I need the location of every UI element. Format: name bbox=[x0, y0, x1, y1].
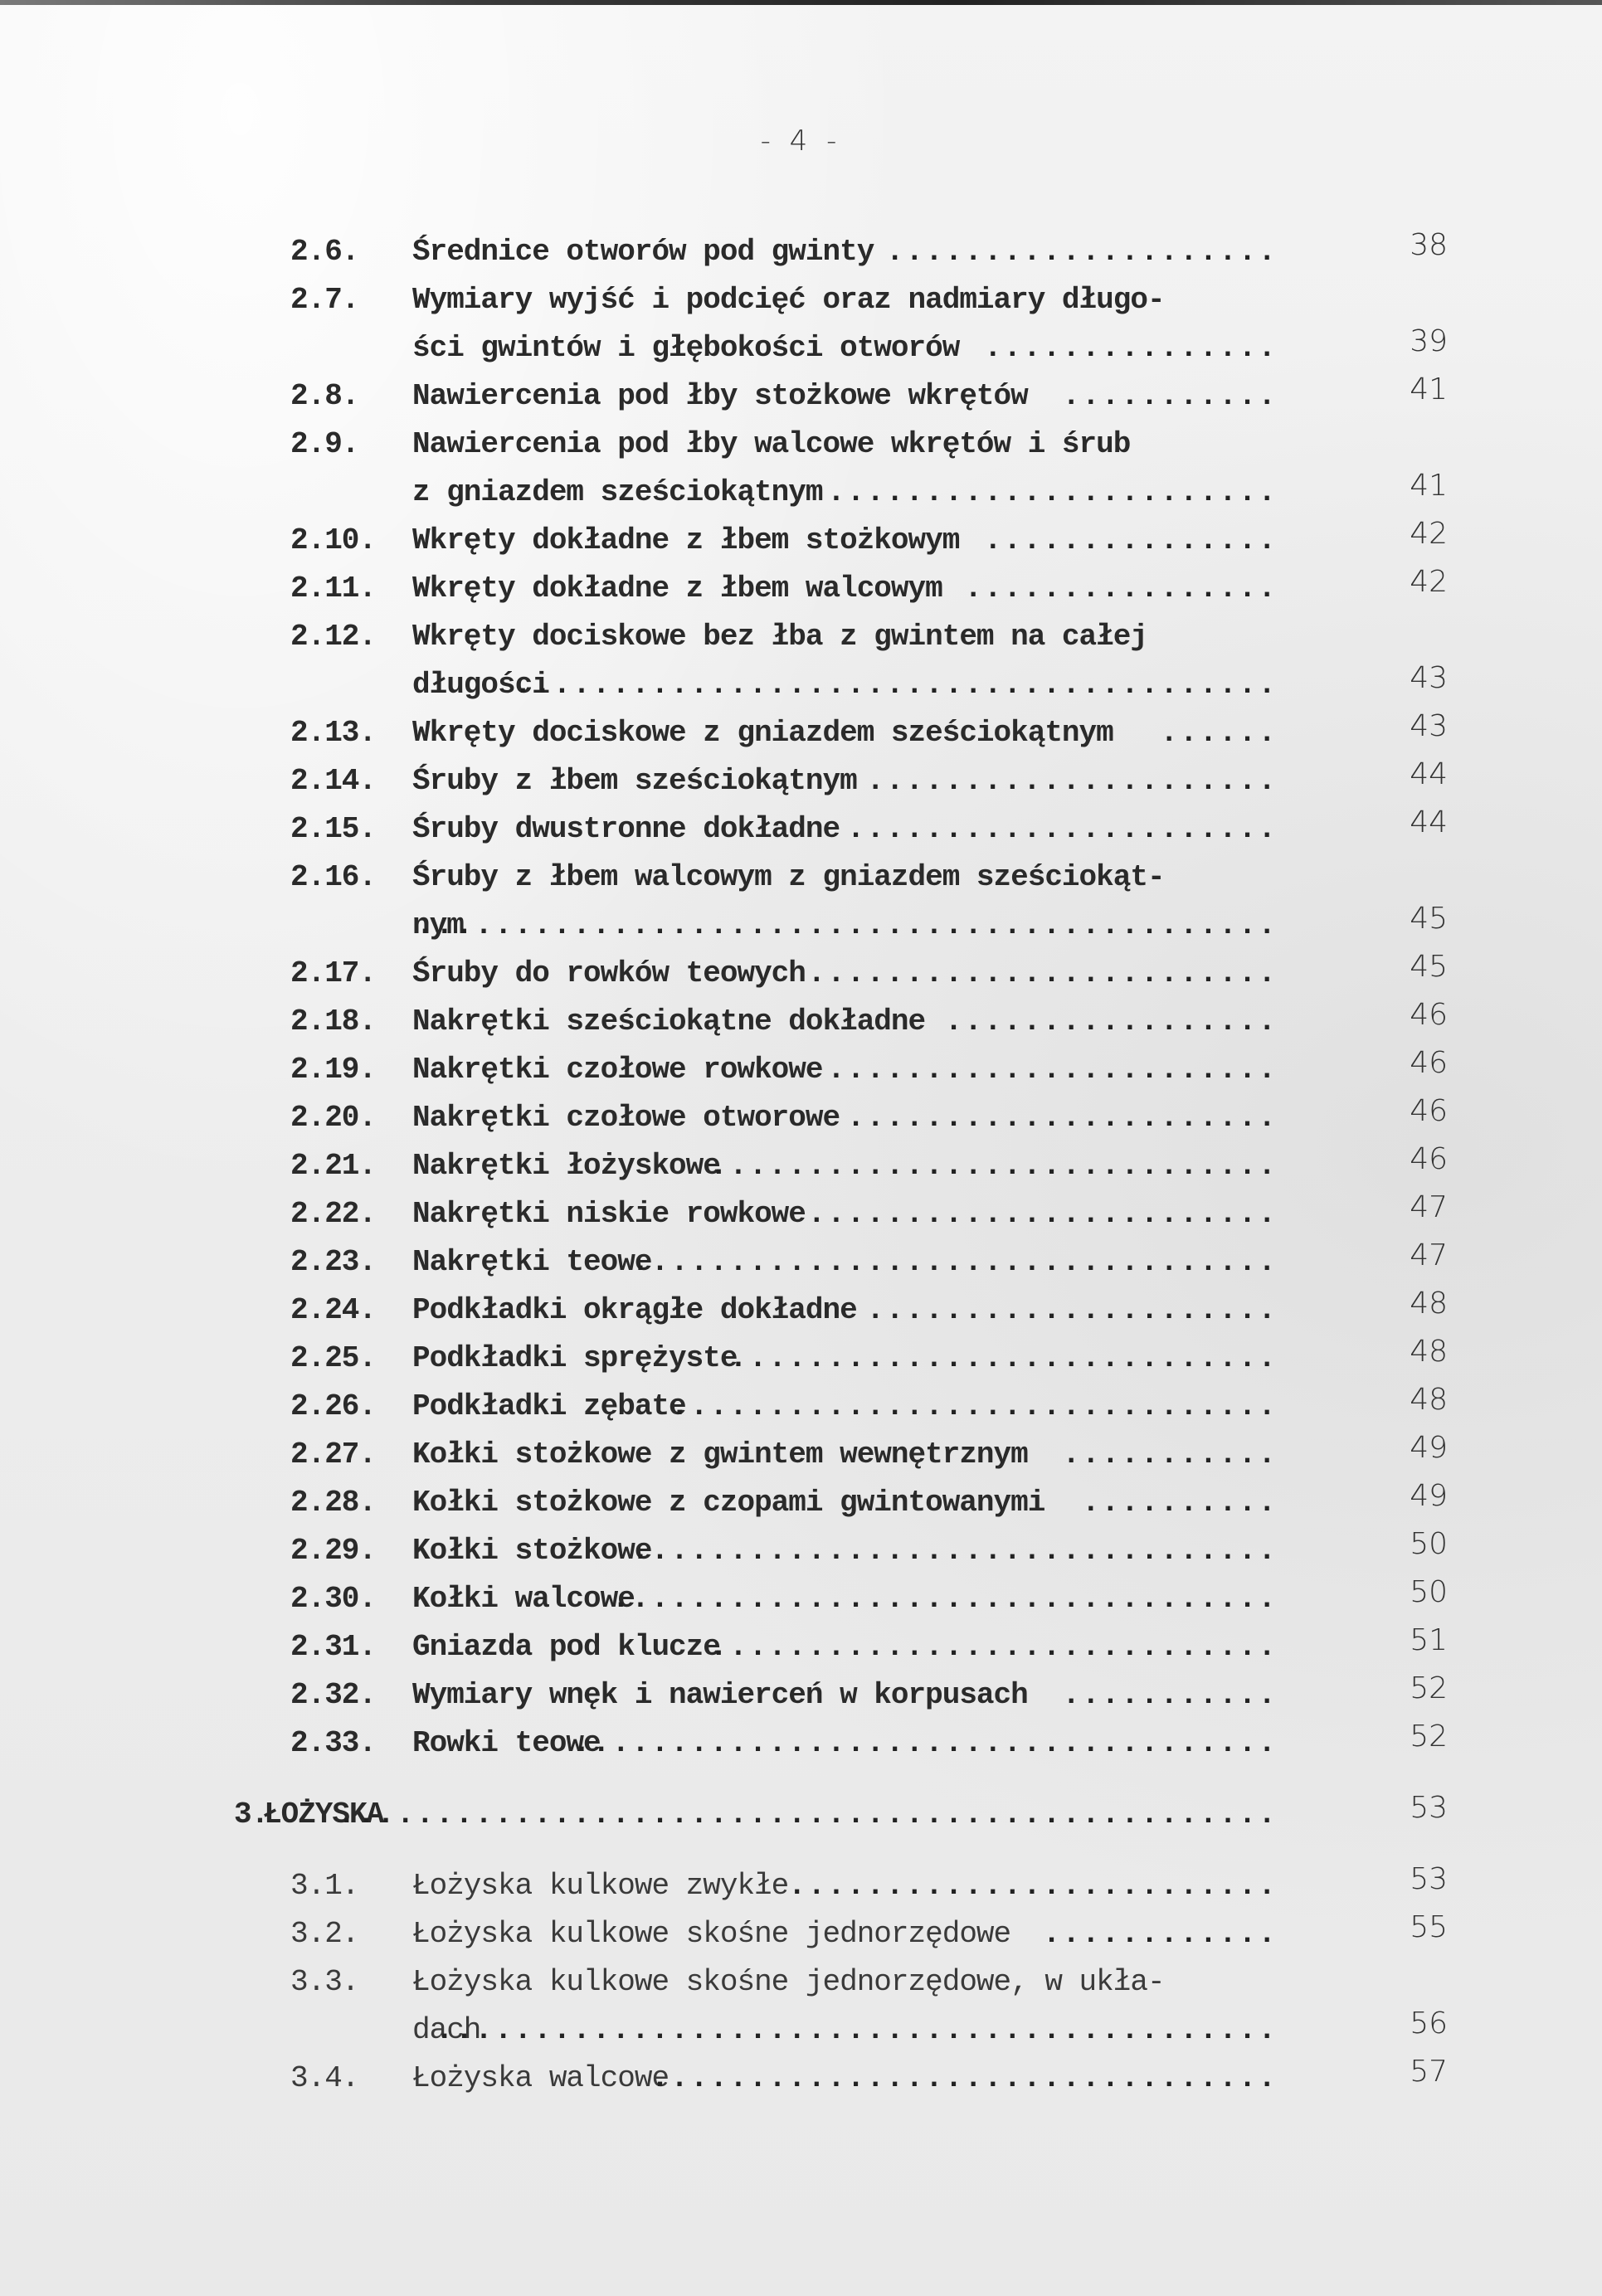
toc-page-number: 46 bbox=[1369, 991, 1448, 1039]
toc-entry-line: długości................................… bbox=[0, 661, 1602, 709]
dot-leader: ....................... bbox=[827, 469, 1278, 517]
toc-entry-line: 2.17.Śruby do rowków teowych............… bbox=[0, 950, 1602, 998]
toc-entry-title: Wkręty dokładne z łbem stożkowym bbox=[412, 517, 959, 565]
toc-entry-line: 3.1.Łożyska kulkowe zwykłe..............… bbox=[0, 1862, 1602, 1910]
toc-page-number: 49 bbox=[1369, 1424, 1448, 1472]
toc-entry-line: 2.25.Podkładki sprężyste................… bbox=[0, 1335, 1602, 1383]
toc-entry-title: Średnice otworów pod gwinty bbox=[412, 228, 874, 276]
dot-leader: ..................... bbox=[866, 757, 1278, 805]
toc-entry-line: 2.11.Wkręty dokładne z łbem walcowym....… bbox=[0, 565, 1602, 613]
toc-entry-line: 2.9.Nawiercenia pod łby walcowe wkrętów … bbox=[0, 421, 1602, 469]
dot-leader: ....................................... bbox=[514, 661, 1278, 709]
toc-entry-title: ści gwintów i głębokości otworów bbox=[412, 324, 959, 372]
toc-entry-title: Nakrętki czołowe otworowe bbox=[412, 1094, 840, 1142]
toc-entry-line: 2.28.Kołki stożkowe z czopami gwintowany… bbox=[0, 1479, 1602, 1527]
dot-leader: ................. bbox=[945, 998, 1278, 1046]
dot-leader: ............................ bbox=[729, 1335, 1278, 1383]
dot-leader: .................................... bbox=[572, 1720, 1278, 1768]
toc-page-number: 53 bbox=[1369, 1784, 1448, 1832]
toc-entry-number: 2.18. bbox=[290, 998, 376, 1046]
toc-entry-line: 2.13.Wkręty dociskowe z gniazdem sześcio… bbox=[0, 709, 1602, 757]
toc-entry-number: 2.23. bbox=[290, 1238, 376, 1287]
toc-entry-title: Nakrętki łożyskowe bbox=[412, 1142, 720, 1190]
toc-entry-number: 2.29. bbox=[290, 1527, 376, 1575]
toc-page-number: 39 bbox=[1369, 318, 1448, 366]
dot-leader: ...................... bbox=[847, 805, 1278, 854]
toc-entry-title: Nawiercenia pod łby stożkowe wkrętów bbox=[412, 372, 1028, 421]
toc-entry-line: 2.33.Rowki teowe........................… bbox=[0, 1720, 1602, 1768]
toc-entry-line: 2.21.Nakrętki łożyskowe.................… bbox=[0, 1142, 1602, 1190]
toc-page-number: 52 bbox=[1369, 1713, 1448, 1761]
toc-entry-title: Podkładki sprężyste bbox=[412, 1335, 737, 1383]
toc-entry-title: Łożyska kulkowe skośne jednorzędowe, w u… bbox=[412, 1958, 1165, 2007]
dot-leader: ......................... bbox=[788, 1862, 1278, 1910]
toc-entry-number: 2.27. bbox=[290, 1431, 376, 1479]
toc-entry-title: Śruby z łbem walcowym z gniazdem sześcio… bbox=[412, 854, 1165, 902]
toc-entry-number: 2.8. bbox=[290, 372, 358, 421]
dot-leader: ................................. bbox=[631, 1238, 1278, 1287]
dot-leader: ........... bbox=[1062, 372, 1278, 421]
toc-entry-title: z gniazdem sześciokątnym bbox=[412, 469, 822, 517]
toc-entry-number: 2.16. bbox=[290, 854, 376, 902]
toc-entry-number: 2.7. bbox=[290, 276, 358, 324]
dot-leader: ............... bbox=[984, 324, 1278, 372]
toc-entry-number: 2.30. bbox=[290, 1575, 376, 1623]
toc-page-number: 38 bbox=[1369, 221, 1448, 270]
toc-page-number: 47 bbox=[1369, 1232, 1448, 1280]
toc-page-number: 44 bbox=[1369, 751, 1448, 799]
toc-entry-number: 2.25. bbox=[290, 1335, 376, 1383]
toc-entry-title: Podkładki zębate bbox=[412, 1383, 686, 1431]
dot-leader: ................ bbox=[964, 565, 1278, 613]
toc-entry-number: 2.10. bbox=[290, 517, 376, 565]
toc-entry-line: 2.27.Kołki stożkowe z gwintem wewnętrzny… bbox=[0, 1431, 1602, 1479]
dot-leader: ............... bbox=[984, 517, 1278, 565]
toc-entry-title: Łożyska kulkowe skośne jednorzędowe bbox=[412, 1910, 1010, 1958]
dot-leader: ........................................… bbox=[338, 1791, 1278, 1839]
toc-page-number: 45 bbox=[1369, 895, 1448, 943]
toc-entry-title: Łożyska walcowe bbox=[412, 2055, 669, 2103]
toc-entry-line: 2.24.Podkładki okrągłe dokładne.........… bbox=[0, 1287, 1602, 1335]
toc-entry-number: 2.19. bbox=[290, 1046, 376, 1094]
toc-entry-number: 2.32. bbox=[290, 1671, 376, 1720]
dot-leader: .......... bbox=[1082, 1479, 1278, 1527]
toc-entry-title: Kołki walcowe bbox=[412, 1575, 635, 1623]
toc-entry-line: 2.23.Nakrętki teowe.....................… bbox=[0, 1238, 1602, 1287]
toc-page-number: 45 bbox=[1369, 943, 1448, 991]
toc-entry-title: Śruby z łbem sześciokątnym bbox=[412, 757, 857, 805]
toc-entry-number: 2.14. bbox=[290, 757, 376, 805]
dot-leader: .................... bbox=[886, 228, 1278, 276]
toc-entry-line: 3.4.Łożyska walcowe.....................… bbox=[0, 2055, 1602, 2103]
toc-page-number: 46 bbox=[1369, 1039, 1448, 1087]
toc-entry-number: 3.1. bbox=[290, 1862, 358, 1910]
toc-page-number: 43 bbox=[1369, 703, 1448, 751]
toc-entry-title: Nakrętki czołowe rowkowe bbox=[412, 1046, 822, 1094]
toc-entry-title: Nawiercenia pod łby walcowe wkrętów i śr… bbox=[412, 421, 1130, 469]
toc-entry-title: Wkręty dociskowe bez łba z gwintem na ca… bbox=[412, 613, 1147, 661]
dot-leader: ........................................… bbox=[416, 902, 1278, 950]
toc-entry-line: 2.10.Wkręty dokładne z łbem stożkowym...… bbox=[0, 517, 1602, 565]
toc-page-number: 42 bbox=[1369, 558, 1448, 606]
toc-entry-title: Nakrętki niskie rowkowe bbox=[412, 1190, 806, 1238]
toc-entry-title: Śruby do rowków teowych bbox=[412, 950, 806, 998]
toc-entry-line: 2.20.Nakrętki czołowe otworowe..........… bbox=[0, 1094, 1602, 1142]
toc-page-number: 50 bbox=[1369, 1520, 1448, 1569]
toc-entry-line: 2.22.Nakrętki niskie rowkowe............… bbox=[0, 1190, 1602, 1238]
toc-entry-line: 2.31.Gniazda pod klucze.................… bbox=[0, 1623, 1602, 1671]
toc-page-number: 48 bbox=[1369, 1376, 1448, 1424]
dot-leader: ........... bbox=[1062, 1431, 1278, 1479]
toc-entry-number: 2.26. bbox=[290, 1383, 376, 1431]
toc-entry-line: dach....................................… bbox=[0, 2007, 1602, 2055]
toc-entry-line: 2.12.Wkręty dociskowe bez łba z gwintem … bbox=[0, 613, 1602, 661]
toc-entry-line: 3.ŁOŻYSKA...............................… bbox=[0, 1791, 1602, 1839]
toc-entry-title: Śruby dwustronne dokładne bbox=[412, 805, 840, 854]
dot-leader: ........................................… bbox=[436, 2007, 1278, 2055]
dot-leader: ...... bbox=[1160, 709, 1278, 757]
toc-entry-line: 2.15.Śruby dwustronne dokładne..........… bbox=[0, 805, 1602, 854]
toc-entry-title: Nakrętki sześciokątne dokładne bbox=[412, 998, 925, 1046]
toc-page-number: 43 bbox=[1369, 654, 1448, 703]
toc-entry-title: Wkręty dociskowe z gniazdem sześciokątny… bbox=[412, 709, 1113, 757]
toc-entry-line: 2.29.Kołki stożkowe.....................… bbox=[0, 1527, 1602, 1575]
toc-entry-number: 2.15. bbox=[290, 805, 376, 854]
toc-entry-number: 2.13. bbox=[290, 709, 376, 757]
toc-entry-title: Kołki stożkowe z czopami gwintowanymi bbox=[412, 1479, 1044, 1527]
toc-page-number: 52 bbox=[1369, 1665, 1448, 1713]
scan-top-edge bbox=[0, 0, 1602, 5]
dot-leader: ........................ bbox=[808, 1190, 1278, 1238]
toc-entry-number: 3.3. bbox=[290, 1958, 358, 2007]
table-of-contents: 2.6.Średnice otworów pod gwinty.........… bbox=[0, 228, 1602, 2103]
toc-entry-title: Wymiary wyjść i podcięć oraz nadmiary dł… bbox=[412, 276, 1165, 324]
toc-entry-number: 2.11. bbox=[290, 565, 376, 613]
dot-leader: ................................. bbox=[631, 1527, 1278, 1575]
document-page: - 4 - 2.6.Średnice otworów pod gwinty...… bbox=[0, 0, 1602, 2296]
dot-leader: ............................. bbox=[709, 1623, 1278, 1671]
toc-page-number: 56 bbox=[1369, 2000, 1448, 2048]
toc-page-number: 53 bbox=[1369, 1856, 1448, 1904]
toc-entry-number: 2.22. bbox=[290, 1190, 376, 1238]
dot-leader: ...................... bbox=[847, 1094, 1278, 1142]
toc-entry-number: 3.4. bbox=[290, 2055, 358, 2103]
toc-entry-title: Kołki stożkowe z gwintem wewnętrznym bbox=[412, 1431, 1028, 1479]
toc-entry-number: 2.28. bbox=[290, 1479, 376, 1527]
toc-entry-number: 3.2. bbox=[290, 1910, 358, 1958]
toc-page-number: 51 bbox=[1369, 1617, 1448, 1665]
toc-page-number: 48 bbox=[1369, 1328, 1448, 1376]
dot-leader: ........................ bbox=[808, 950, 1278, 998]
toc-entry-number: 2.33. bbox=[290, 1720, 376, 1768]
toc-entry-title: Gniazda pod klucze bbox=[412, 1623, 720, 1671]
toc-entry-number: 2.6. bbox=[290, 228, 358, 276]
toc-entry-number: 2.20. bbox=[290, 1094, 376, 1142]
toc-entry-line: ści gwintów i głębokości otworów........… bbox=[0, 324, 1602, 372]
toc-page-number: 44 bbox=[1369, 799, 1448, 847]
toc-entry-number: 2.24. bbox=[290, 1287, 376, 1335]
toc-entry-title: Podkładki okrągłe dokładne bbox=[412, 1287, 857, 1335]
toc-entry-title: Kołki stożkowe bbox=[412, 1527, 651, 1575]
toc-entry-line: 2.18.Nakrętki sześciokątne dokładne.....… bbox=[0, 998, 1602, 1046]
toc-entry-line: 2.32.Wymiary wnęk i nawierceń w korpusac… bbox=[0, 1671, 1602, 1720]
toc-entry-line: 2.7.Wymiary wyjść i podcięć oraz nadmiar… bbox=[0, 276, 1602, 324]
toc-entry-line: nym.....................................… bbox=[0, 902, 1602, 950]
dot-leader: .................................. bbox=[611, 1575, 1278, 1623]
dot-leader: ............................. bbox=[709, 1142, 1278, 1190]
toc-entry-line: 2.8.Nawiercenia pod łby stożkowe wkrętów… bbox=[0, 372, 1602, 421]
toc-page-number: 41 bbox=[1369, 366, 1448, 414]
dot-leader: ....................... bbox=[827, 1046, 1278, 1094]
toc-page-number: 48 bbox=[1369, 1280, 1448, 1328]
toc-entry-line: 3.3.Łożyska kulkowe skośne jednorzędowe,… bbox=[0, 1958, 1602, 2007]
toc-page-number: 55 bbox=[1369, 1904, 1448, 1952]
toc-page-number: 46 bbox=[1369, 1136, 1448, 1184]
toc-entry-line: 2.26.Podkładki zębate...................… bbox=[0, 1383, 1602, 1431]
toc-entry-title: Wymiary wnęk i nawierceń w korpusach bbox=[412, 1671, 1028, 1720]
toc-entry-title: Nakrętki teowe bbox=[412, 1238, 651, 1287]
toc-entry-line: 2.30.Kołki walcowe......................… bbox=[0, 1575, 1602, 1623]
toc-page-number: 49 bbox=[1369, 1472, 1448, 1520]
dot-leader: ........... bbox=[1062, 1671, 1278, 1720]
toc-entry-line: 3.2.Łożyska kulkowe skośne jednorzędowe.… bbox=[0, 1910, 1602, 1958]
toc-entry-number: 2.21. bbox=[290, 1142, 376, 1190]
dot-leader: ................................ bbox=[651, 2055, 1278, 2103]
toc-page-number: 46 bbox=[1369, 1087, 1448, 1136]
toc-entry-line: 2.14.Śruby z łbem sześciokątnym.........… bbox=[0, 757, 1602, 805]
toc-page-number: 57 bbox=[1369, 2048, 1448, 2096]
toc-entry-number: 2.9. bbox=[290, 421, 358, 469]
toc-entry-title: Łożyska kulkowe zwykłe bbox=[412, 1862, 788, 1910]
toc-entry-line: 2.6.Średnice otworów pod gwinty.........… bbox=[0, 228, 1602, 276]
toc-page-number: 41 bbox=[1369, 462, 1448, 510]
toc-page-number: 47 bbox=[1369, 1184, 1448, 1232]
toc-entry-number: 2.12. bbox=[290, 613, 376, 661]
dot-leader: ............................... bbox=[670, 1383, 1278, 1431]
toc-entry-line: 2.16.Śruby z łbem walcowym z gniazdem sz… bbox=[0, 854, 1602, 902]
toc-page-number: 50 bbox=[1369, 1569, 1448, 1617]
toc-entry-number: 2.31. bbox=[290, 1623, 376, 1671]
page-number: - 4 - bbox=[0, 124, 1602, 158]
toc-entry-title: Wkręty dokładne z łbem walcowym bbox=[412, 565, 942, 613]
toc-entry-line: z gniazdem sześciokątnym................… bbox=[0, 469, 1602, 517]
toc-page-number: 42 bbox=[1369, 510, 1448, 558]
toc-entry-line: 2.19.Nakrętki czołowe rowkowe...........… bbox=[0, 1046, 1602, 1094]
dot-leader: ..................... bbox=[866, 1287, 1278, 1335]
toc-entry-number: 2.17. bbox=[290, 950, 376, 998]
dot-leader: ............ bbox=[1043, 1910, 1278, 1958]
